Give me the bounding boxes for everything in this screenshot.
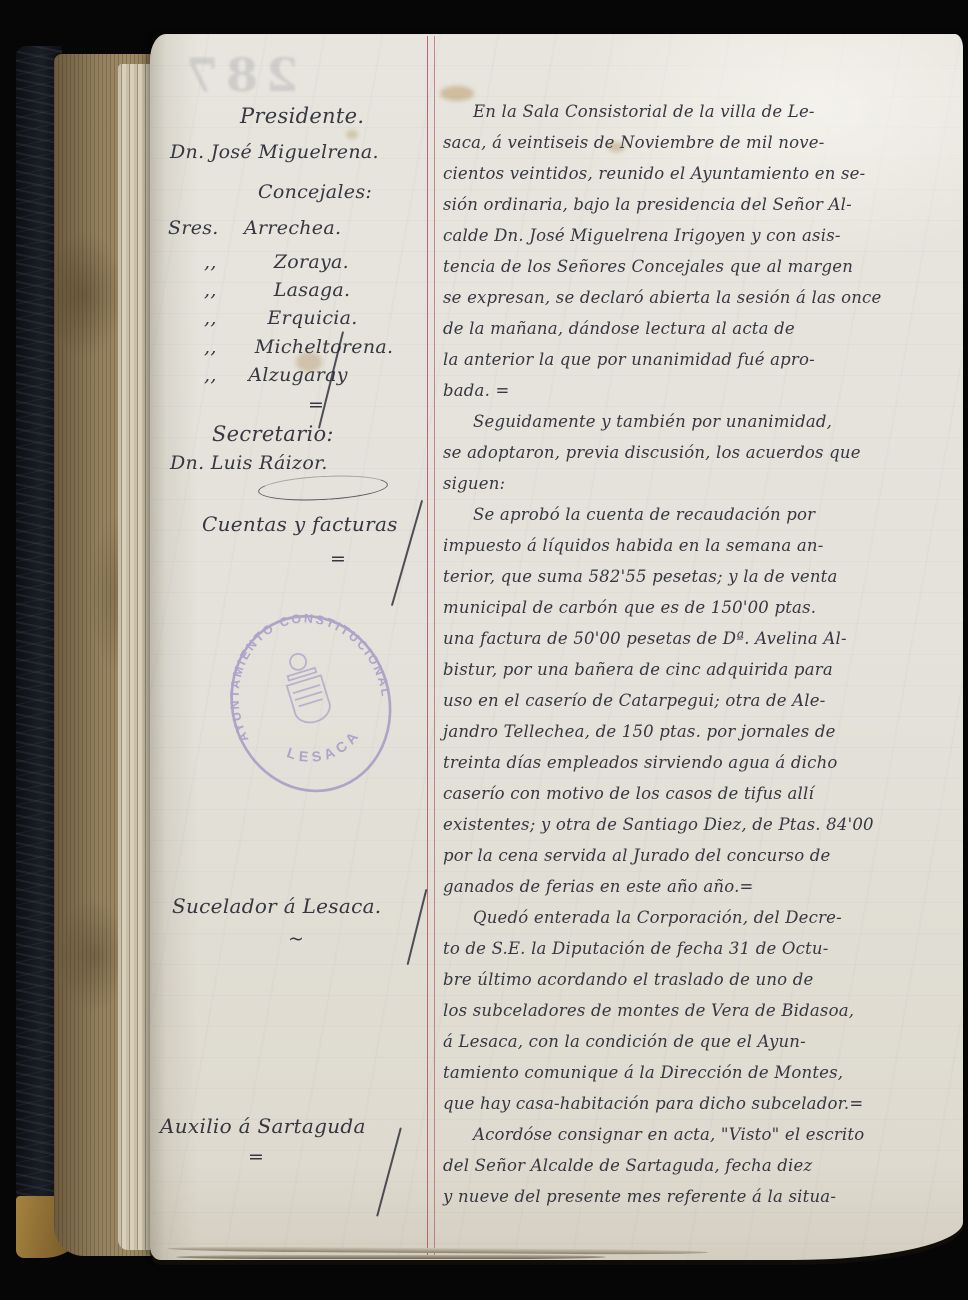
- margin-heading-sucelador: Sucelador á Lesaca.: [172, 894, 381, 918]
- margin-heading-secretario: Secretario:: [212, 422, 334, 446]
- margin-name-concejal: Sres. Arrechea.: [168, 217, 341, 239]
- body-paragraph-session-opening: En la Sala Consistorial de la villa de L…: [443, 96, 961, 406]
- margin-name-secretario: Dn. Luis Ráizor.: [170, 452, 328, 474]
- margin-heading-concejales: Concejales:: [258, 181, 372, 203]
- stamp-crest: [288, 652, 308, 672]
- margin-separator: =: [330, 548, 346, 570]
- foxing-spot: [346, 130, 358, 139]
- margin-separator: =: [248, 1146, 264, 1168]
- scanned-minute-book: 287 Presidente. Dn. José Miguelrena. Con…: [0, 0, 968, 1300]
- margin-heading-cuentas: Cuentas y facturas: [202, 512, 398, 536]
- margin-name-concejal: ,, Alzugaray: [204, 364, 348, 386]
- body-paragraph-cuentas: Se aprobó la cuenta de recaudación por i…: [443, 499, 961, 902]
- margin-name-concejal: ,, Erquicia.: [204, 307, 358, 329]
- bleed-through-page-number: 287: [178, 48, 298, 102]
- minutes-body-text: En la Sala Consistorial de la villa de L…: [443, 96, 961, 1212]
- body-paragraph-auxilio: Acordóse consignar en acta, "Visto" el e…: [443, 1119, 961, 1212]
- body-paragraph-acuerdos-intro: Seguidamente y también por unanimidad, s…: [443, 406, 961, 499]
- margin-name-concejal: ,, Zoraya.: [204, 251, 349, 273]
- stamp-bottom-text: LESACA: [281, 724, 369, 776]
- margin-name-alcalde: Dn. José Miguelrena.: [170, 141, 379, 163]
- margin-name-concejal: ,, Lasaga.: [204, 279, 350, 301]
- margin-heading-auxilio: Auxilio á Sartaguda: [160, 1114, 366, 1138]
- body-paragraph-sucelador: Quedó enterada la Corporación, del Decre…: [443, 902, 961, 1119]
- bottom-page-edge-line: [176, 1255, 606, 1259]
- margin-name-concejal: ,, Micheltorena.: [204, 336, 393, 358]
- margin-heading-presidente: Presidente.: [240, 104, 364, 128]
- margin-separator: ~: [288, 928, 304, 950]
- red-margin-rule: [427, 36, 435, 1258]
